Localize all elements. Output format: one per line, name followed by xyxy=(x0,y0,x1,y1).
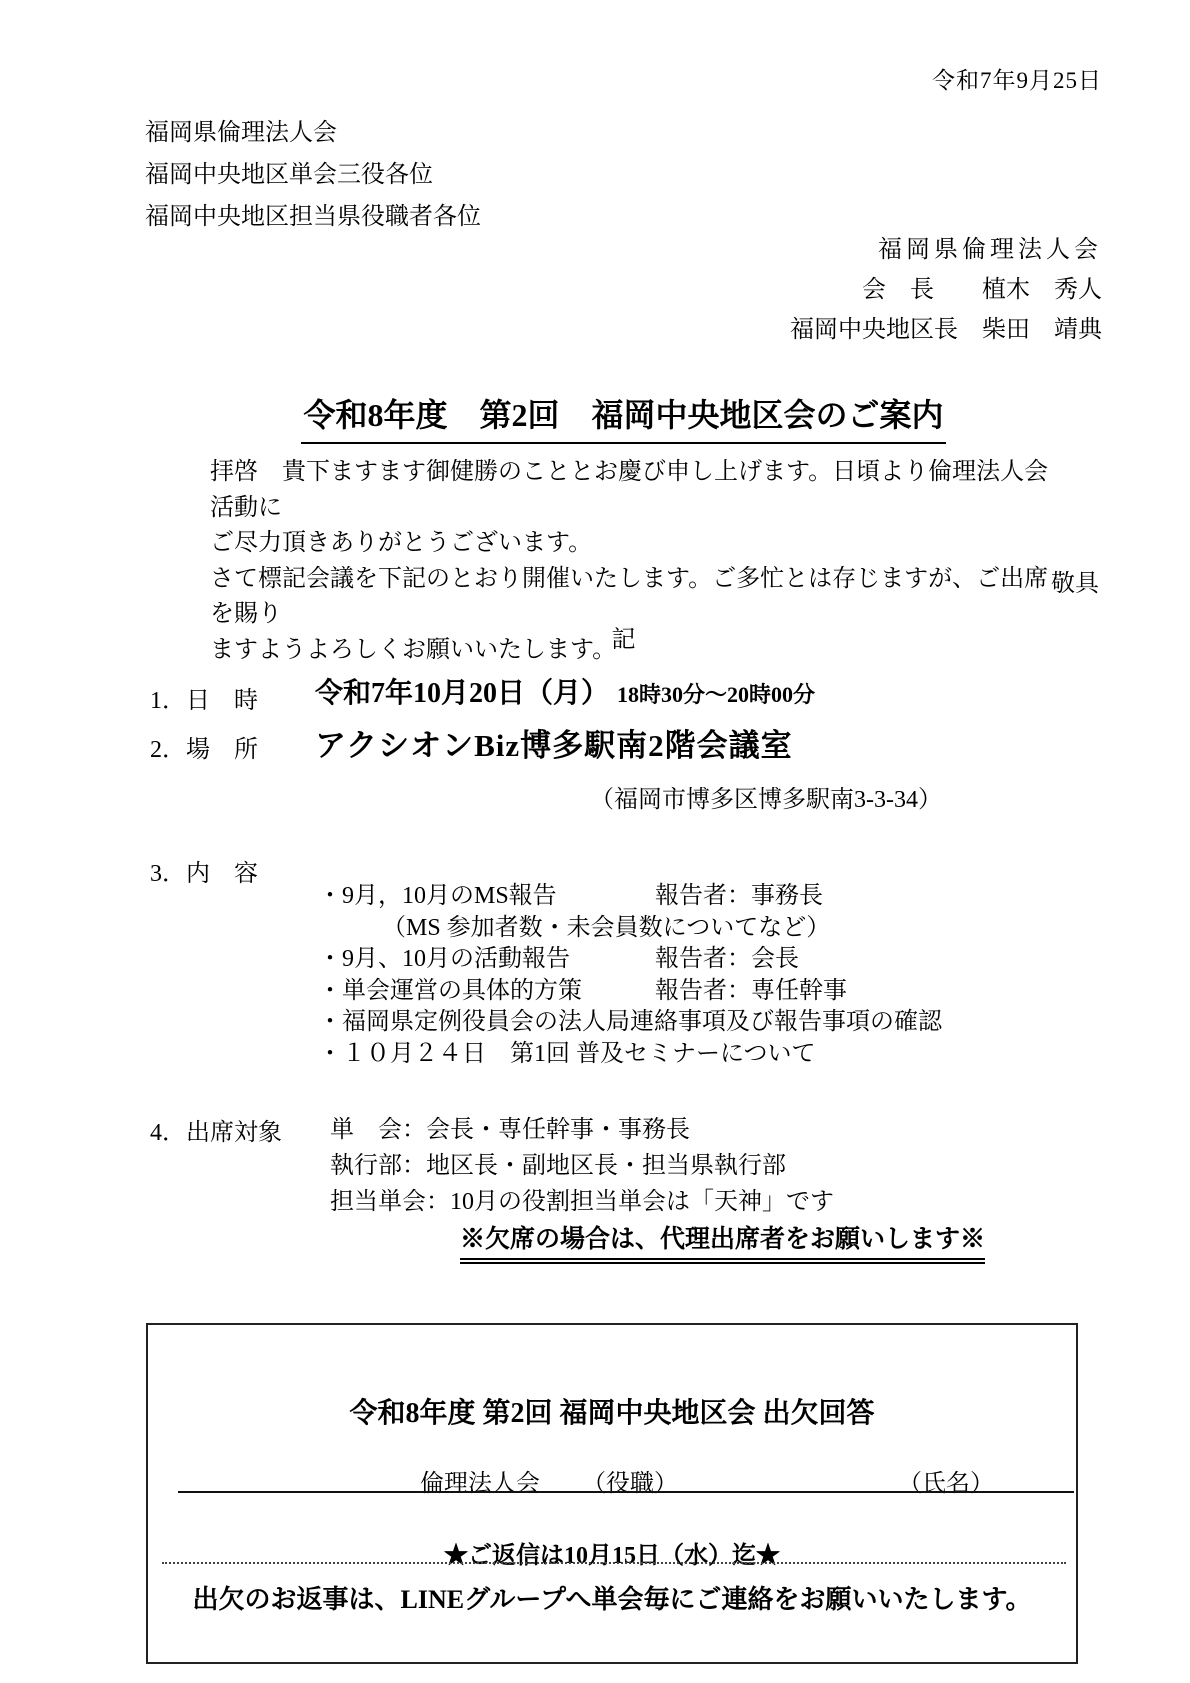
record-mark-row: 記 xyxy=(145,619,1102,654)
meeting-place: アクシオンBiz博多駅南2階会議室 xyxy=(315,720,793,765)
recipient-line-3: 福岡中央地区担当県役職者各位 xyxy=(145,196,481,238)
reply-line-note: 出欠のお返事は、LINEグループへ単会毎にご連絡をお願いいたします。 xyxy=(148,1579,1076,1616)
sender-chairman: 会 長 植木 秀人 xyxy=(790,270,1102,310)
recipient-line-2: 福岡中央地区単会三役各位 xyxy=(145,154,481,196)
agenda-text: ・9月、10月の活動報告 xyxy=(318,944,655,976)
reply-box-title: 令和8年度 第2回 福岡中央地区会 出欠回答 xyxy=(148,1391,1076,1431)
reply-deadline: ★ご返信は10月15日（水）迄★ xyxy=(148,1535,1076,1570)
absence-note: ※欠席の場合は、代理出席者をお願いします※ xyxy=(460,1219,985,1264)
agenda-list: ・9月，10月のMS報告 報告者：事務長 （MS 参加者数・未会員数についてなど… xyxy=(318,881,942,1070)
document-date: 令和7年9月25日 xyxy=(932,62,1102,95)
reply-fill-in-line xyxy=(178,1491,1074,1493)
agenda-text: ・9月，10月のMS報告 xyxy=(318,881,655,913)
item3-label: 3．内 容 xyxy=(150,853,258,888)
agenda-item: ・単会運営の具体的方策 報告者：専任幹事 xyxy=(318,976,942,1008)
agenda-reporter: 報告者：事務長 xyxy=(655,881,823,913)
agenda-item: ・9月，10月のMS報告 報告者：事務長 xyxy=(318,881,942,913)
sender-district-chief: 福岡中央地区長 柴田 靖典 xyxy=(790,310,1102,350)
agenda-item: ・9月、10月の活動報告 報告者：会長 xyxy=(318,944,942,976)
sender-block: 福岡県倫理法人会 会 長 植木 秀人 福岡中央地区長 柴田 靖典 xyxy=(790,230,1102,350)
item1-label: 1．日 時 xyxy=(150,680,258,715)
agenda-item: （MS 参加者数・未会員数についてなど） xyxy=(318,913,942,945)
meeting-address: （福岡市博多区博多駅南3-3-34） xyxy=(590,779,942,814)
sender-org: 福岡県倫理法人会 xyxy=(790,230,1102,270)
closing-keigu: 敬具 xyxy=(1051,563,1099,598)
attendees-line-1: 単 会：会長・専任幹事・事務長 xyxy=(330,1112,834,1148)
agenda-text: （MS 参加者数・未会員数についてなど） xyxy=(318,913,830,945)
record-mark: 記 xyxy=(612,627,636,653)
agenda-item: ・福岡県定例役員会の法人局連絡事項及び報告事項の確認 xyxy=(318,1007,942,1039)
attendees-list: 単 会：会長・専任幹事・事務長 執行部：地区長・副地区長・担当県執行部 担当単会… xyxy=(330,1112,834,1220)
agenda-text: ・単会運営の具体的方策 xyxy=(318,976,655,1008)
attendees-line-2: 執行部：地区長・副地区長・担当県執行部 xyxy=(330,1148,834,1184)
title-row: 令和8年度 第2回 福岡中央地区会のご案内 xyxy=(145,390,1102,444)
agenda-reporter: 報告者：専任幹事 xyxy=(655,976,847,1008)
agenda-reporter: 報告者：会長 xyxy=(655,944,799,976)
agenda-text: ・１０月２４日 第1回 普及セミナーについて xyxy=(318,1039,816,1071)
item4-label: 4．出席対象 xyxy=(150,1112,282,1147)
agenda-text: ・福岡県定例役員会の法人局連絡事項及び報告事項の確認 xyxy=(318,1007,942,1039)
meeting-date: 令和7年10月20日（月） xyxy=(315,678,609,709)
meeting-time: 18時30分～20時00分 xyxy=(617,682,815,707)
attendees-line-3: 担当単会：10月の役割担当単会は「天神」です xyxy=(330,1184,834,1220)
item2-label: 2．場 所 xyxy=(150,729,258,764)
reply-form-box: 令和8年度 第2回 福岡中央地区会 出欠回答 倫理法人会 （役職） （氏名） ★… xyxy=(146,1323,1078,1664)
greeting-line-1: 拝啓 貴下ますます御健勝のこととお慶び申し上げます。日頃より倫理法人会活動に xyxy=(210,455,1050,526)
agenda-item: ・１０月２４日 第1回 普及セミナーについて xyxy=(318,1039,942,1071)
recipient-block: 福岡県倫理法人会 福岡中央地区単会三役各位 福岡中央地区担当県役職者各位 xyxy=(145,112,481,238)
item1-datetime: 令和7年10月20日（月）18時30分～20時00分 xyxy=(315,671,815,711)
reply-dotted-divider xyxy=(162,1562,1066,1564)
document-title: 令和8年度 第2回 福岡中央地区会のご案内 xyxy=(301,390,945,444)
document-page: 令和7年9月25日 福岡県倫理法人会 福岡中央地区単会三役各位 福岡中央地区担当… xyxy=(0,0,1190,1683)
greeting-line-2: ご尽力頂きありがとうございます。 xyxy=(210,526,1050,562)
recipient-line-1: 福岡県倫理法人会 xyxy=(145,112,481,154)
